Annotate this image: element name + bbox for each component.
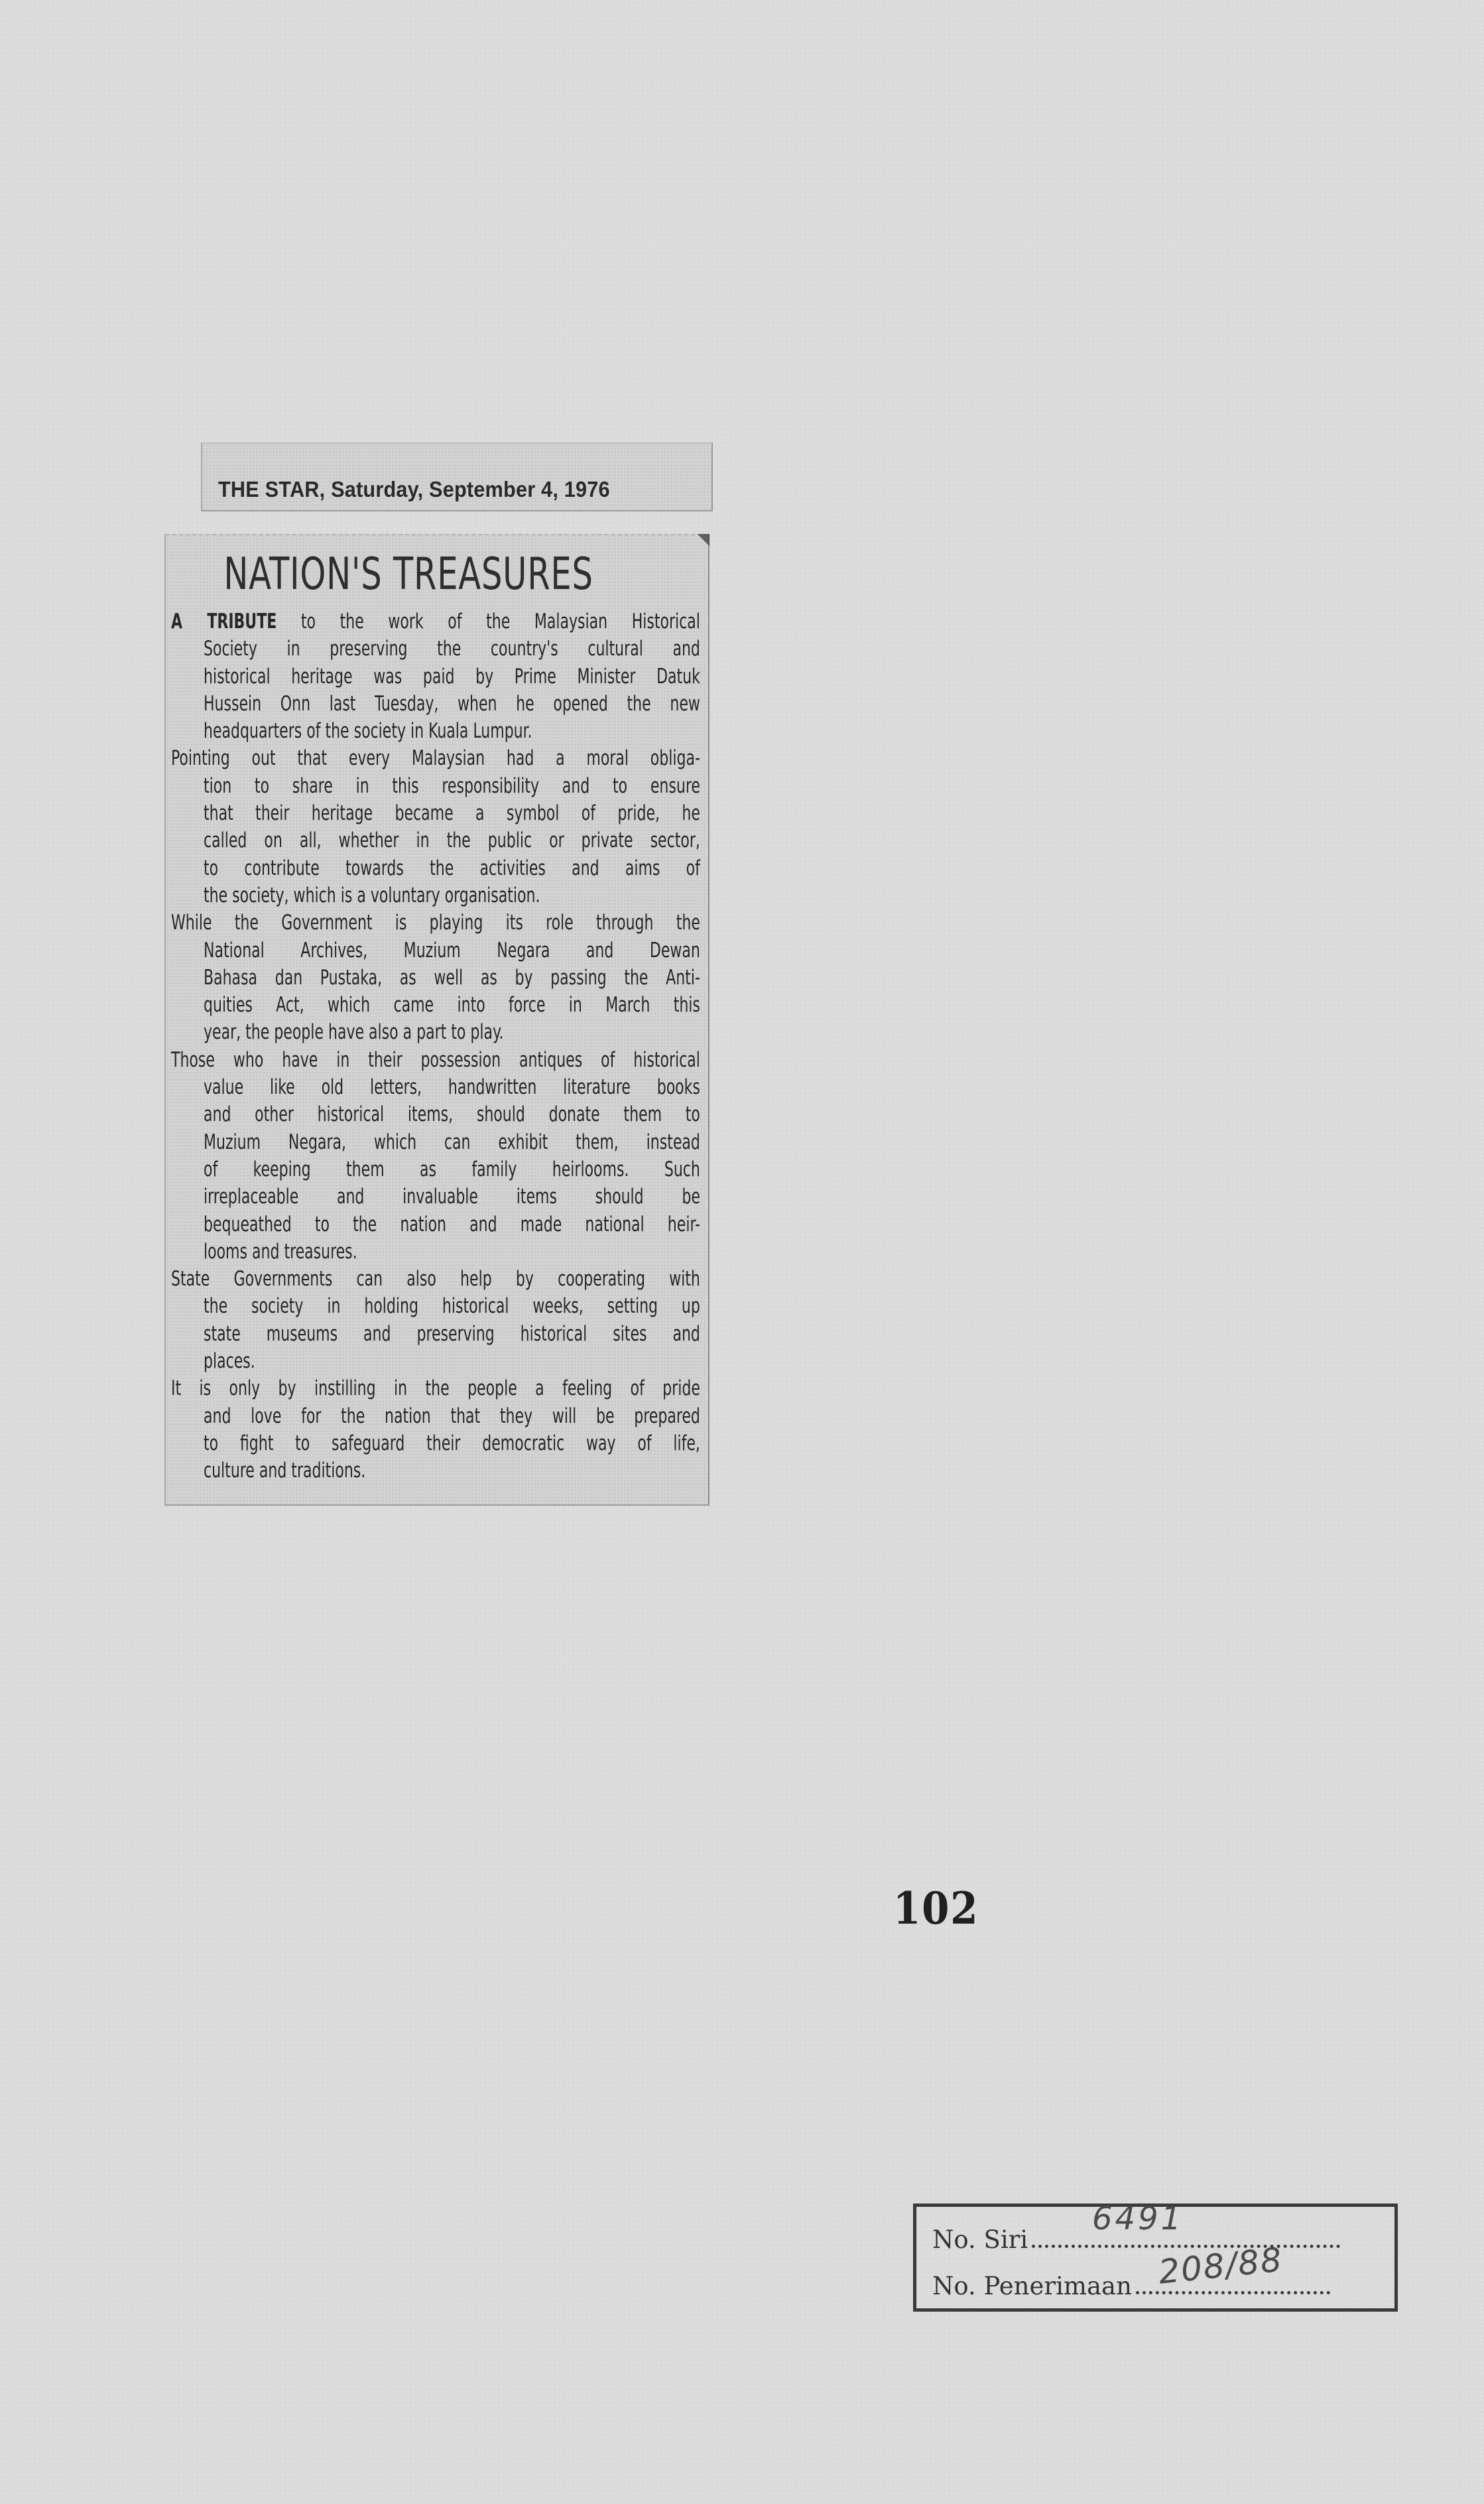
article-line: Muzium Negara, which can exhibit them, i… [171, 1129, 700, 1156]
article-paragraph-4: Those who have in their possession antiq… [171, 1047, 700, 1266]
penerimaan-dotted-line [1136, 2291, 1330, 2294]
article-line: historical heritage was paid by Prime Mi… [171, 663, 700, 691]
archive-stamp-box: No. Siri No. Penerimaan 6491 208/88 [913, 2204, 1398, 2312]
article-line: that their heritage became a symbol of p… [171, 800, 700, 827]
article-headline: NATION'S TREASURES [166, 547, 567, 600]
article-body: A TRIBUTE to the work of the Malaysian H… [171, 608, 700, 1485]
newspaper-masthead-clipping: THE STAR, Saturday, September 4, 1976 [201, 442, 713, 511]
article-line: While the Government is playing its role… [171, 909, 700, 937]
page-number: 102 [893, 1882, 979, 1934]
article-line: culture and traditions. [171, 1457, 700, 1484]
siri-label: No. Siri [932, 2225, 1028, 2254]
article-line: National Archives, Muzium Negara and Dew… [171, 937, 700, 964]
article-line: State Governments can also help by coope… [171, 1266, 700, 1293]
article-line: Bahasa dan Pustaka, as well as by passin… [171, 964, 700, 992]
article-line: tion to share in this responsibility and… [171, 773, 700, 800]
article-line: A TRIBUTE to the work of the Malaysian H… [171, 608, 700, 635]
article-line: the society, which is a voluntary organi… [171, 882, 700, 909]
article-line-text: to the work of the Malaysian Historical [277, 610, 700, 633]
article-line: headquarters of the society in Kuala Lum… [171, 718, 700, 745]
article-paragraph-1: A TRIBUTE to the work of the Malaysian H… [171, 608, 700, 745]
article-paragraph-5: State Governments can also help by coope… [171, 1266, 700, 1375]
article-paragraph-3: While the Government is playing its role… [171, 909, 700, 1046]
article-line: to contribute towards the activities and… [171, 855, 700, 882]
article-line: year, the people have also a part to pla… [171, 1019, 700, 1046]
article-line: Pointing out that every Malaysian had a … [171, 745, 700, 772]
article-line: irreplaceable and invaluable items shoul… [171, 1183, 700, 1211]
article-line: the society in holding historical weeks,… [171, 1293, 700, 1320]
article-line: state museums and preserving historical … [171, 1321, 700, 1348]
newspaper-article-clipping: NATION'S TREASURES A TRIBUTE to the work… [164, 534, 710, 1506]
article-line: quities Act, which came into force in Ma… [171, 992, 700, 1019]
article-line: Hussein Onn last Tuesday, when he opened… [171, 691, 700, 718]
penerimaan-label: No. Penerimaan [932, 2272, 1132, 2300]
siri-dotted-line [1032, 2245, 1340, 2248]
article-line: to fight to safeguard their democratic w… [171, 1430, 700, 1457]
article-line: of keeping them as family heirlooms. Suc… [171, 1156, 700, 1183]
article-line: value like old letters, handwritten lite… [171, 1074, 700, 1101]
article-line: places. [171, 1348, 700, 1375]
folded-corner-mark [690, 534, 710, 554]
article-line: Those who have in their possession antiq… [171, 1047, 700, 1074]
article-paragraph-2: Pointing out that every Malaysian had a … [171, 745, 700, 909]
article-line: It is only by instilling in the people a… [171, 1375, 700, 1402]
article-line: and love for the nation that they will b… [171, 1403, 700, 1430]
masthead-date-line: THE STAR, Saturday, September 4, 1976 [218, 477, 610, 502]
article-line: Society in preserving the country's cult… [171, 635, 700, 663]
article-line: and other historical items, should donat… [171, 1101, 700, 1128]
siri-handwritten-value: 6491 [1092, 2200, 1184, 2237]
article-line: bequeathed to the nation and made nation… [171, 1211, 700, 1238]
article-line: called on all, whether in the public or … [171, 827, 700, 854]
article-paragraph-6: It is only by instilling in the people a… [171, 1375, 700, 1484]
article-line: looms and treasures. [171, 1238, 700, 1266]
article-lead-in: A TRIBUTE [171, 610, 277, 633]
